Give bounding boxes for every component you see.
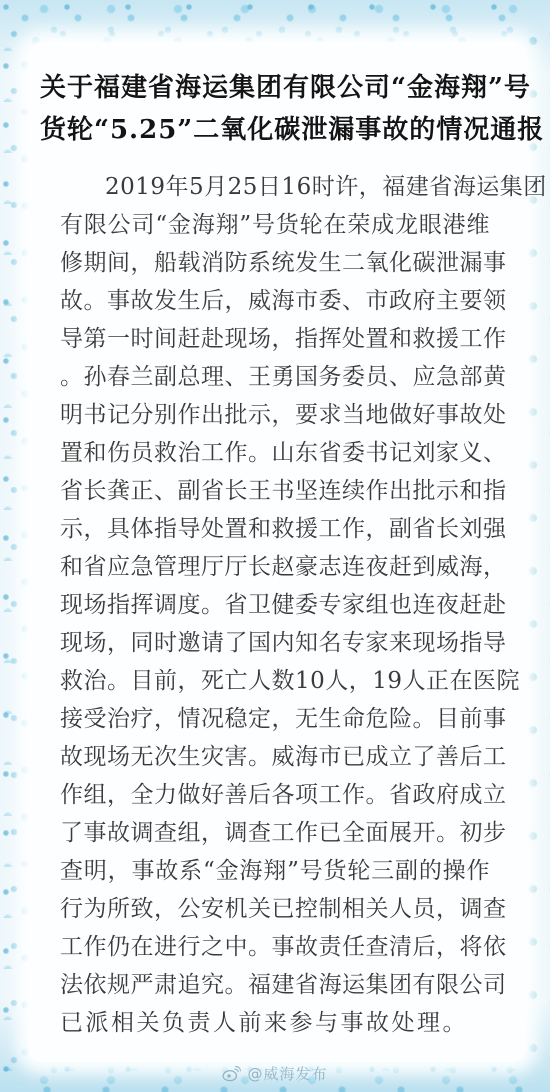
- notice-title: 关于福建省海运集团有限公司“金海翔”号 货轮“5.25”二氧化碳泄漏事故的情况通…: [28, 42, 526, 151]
- body-line: 修期间，船载消防系统发生二氧化碳泄漏事: [60, 244, 490, 282]
- body-line: 工作仍在进行之中。事故责任查清后，将依: [60, 928, 490, 966]
- body-line: 置和伤员救治工作。山东省委书记刘家义、: [60, 434, 490, 472]
- body-line: 已派相关负责人前来参与事故处理。: [60, 1004, 490, 1042]
- body-line: 。孙春兰副总理、王勇国务委员、应急部黄: [60, 358, 490, 396]
- body-line: 现场指挥调度。省卫健委专家组也连夜赶赴: [60, 586, 490, 624]
- body-line: 救治。目前，死亡人数10人，19人正在医院: [60, 662, 490, 700]
- body-line: 导第一时间赶赴现场，指挥处置和救援工作: [60, 320, 490, 358]
- body-line: 法依规严肃追究。福建省海运集团有限公司: [60, 966, 490, 1004]
- body-line: 了事故调查组，调查工作已全面展开。初步: [60, 814, 490, 852]
- body-line: 有限公司“金海翔”号货轮在荣成龙眼港维: [60, 206, 490, 244]
- body-line: 行为所致，公安机关已控制相关人员，调查: [60, 890, 490, 928]
- body-line: 省长龚正、副省长王书坚连续作出批示和指: [60, 472, 490, 510]
- body-line: 作组，全力做好善后各项工作。省政府成立: [60, 776, 490, 814]
- body-line: 明书记分别作出批示，要求当地做好事故处: [60, 396, 490, 434]
- title-line-1: 关于福建省海运集团有限公司“金海翔”号: [40, 67, 514, 109]
- notice-image: 关于福建省海运集团有限公司“金海翔”号 货轮“5.25”二氧化碳泄漏事故的情况通…: [0, 0, 550, 1092]
- body-line: 2019年5月25日16时许，福建省海运集团: [60, 168, 490, 206]
- body-line: 查明，事故系“金海翔”号货轮三副的操作: [60, 852, 490, 890]
- body-line: 故现场无次生灾害。威海市已成立了善后工: [60, 738, 490, 776]
- notice-panel: 关于福建省海运集团有限公司“金海翔”号 货轮“5.25”二氧化碳泄漏事故的情况通…: [28, 42, 526, 1062]
- body-line: 和省应急管理厅厅长赵豪志连夜赶到威海，: [60, 548, 490, 586]
- watermark-handle: @威海发布: [247, 1063, 327, 1084]
- body-line: 故。事故发生后，威海市委、市政府主要领: [60, 282, 490, 320]
- weibo-icon: [222, 1065, 241, 1082]
- watermark: @威海发布: [0, 1063, 550, 1084]
- body-line: 现场，同时邀请了国内知名专家来现场指导: [60, 624, 490, 662]
- body-line: 接受治疗，情况稳定，无生命危险。目前事: [60, 700, 490, 738]
- body-line: 示，具体指导处置和救援工作，副省长刘强: [60, 510, 490, 548]
- notice-body: 2019年5月25日16时许，福建省海运集团 有限公司“金海翔”号货轮在荣成龙眼…: [60, 168, 490, 1042]
- title-line-2: 货轮“5.25”二氧化碳泄漏事故的情况通报: [40, 109, 514, 151]
